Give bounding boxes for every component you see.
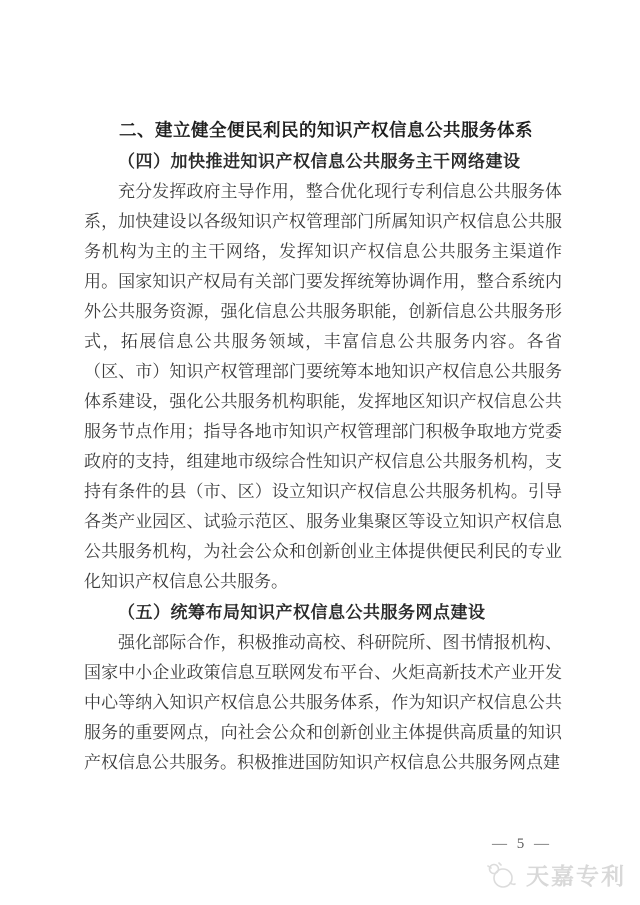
- document-content: 二、建立健全便民利民的知识产权信息公共服务体系 （四）加快推进知识产权信息公共服…: [84, 114, 562, 778]
- document-page: 二、建立健全便民利民的知识产权信息公共服务体系 （四）加快推进知识产权信息公共服…: [0, 0, 640, 905]
- watermark-text: 天嘉专利: [526, 858, 626, 891]
- paragraph-section-5: 强化部际合作，积极推动高校、科研院所、图书情报机构、国家中小企业政策信息互联网发…: [84, 628, 562, 778]
- page-number: — 5 —: [482, 836, 562, 853]
- subsection-heading-4: （四）加快推进知识产权信息公共服务主干网络建设: [84, 146, 562, 177]
- paragraph-section-4: 充分发挥政府主导作用，整合优化现行专利信息公共服务体系，加快建设以各级知识产权管…: [84, 177, 562, 597]
- watermark: 天嘉专利: [483, 858, 626, 891]
- subsection-heading-5: （五）统筹布局知识产权信息公共服务网点建设: [84, 597, 562, 628]
- tianjia-doodle-icon: [483, 859, 519, 891]
- section-heading: 二、建立健全便民利民的知识产权信息公共服务体系: [84, 114, 562, 146]
